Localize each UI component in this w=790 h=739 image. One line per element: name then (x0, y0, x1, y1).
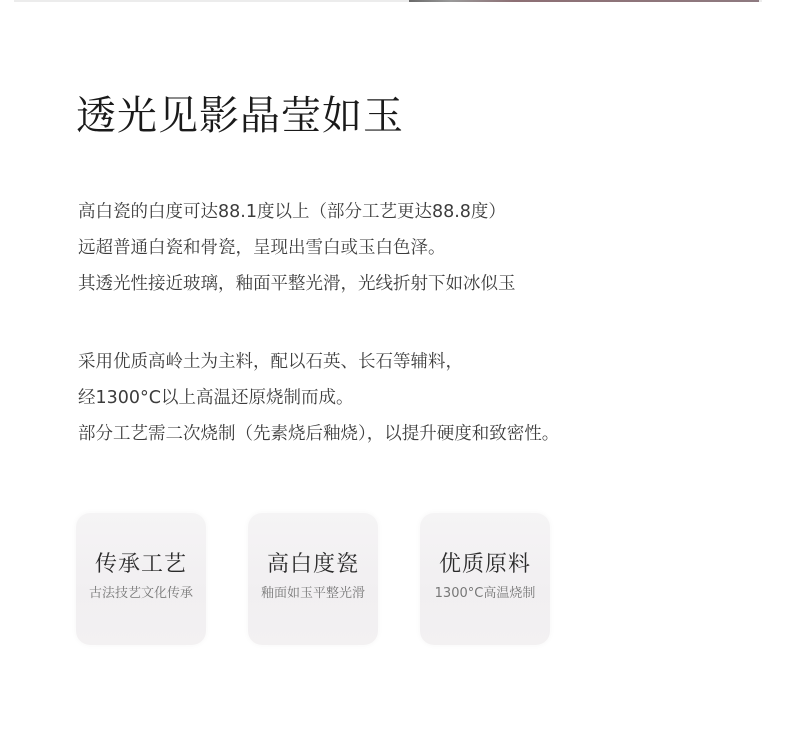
feature-card-whiteness: 高白度瓷 釉面如玉平整光滑 (248, 513, 378, 645)
page-title: 透光见影晶莹如玉 (76, 90, 404, 142)
feature-card-subtitle: 釉面如玉平整光滑 (261, 584, 365, 604)
paragraph-line: 其透光性接近玻璃，釉面平整光滑，光线折射下如冰似玉 (78, 266, 516, 302)
paragraph-line: 经1300°C以上高温还原烧制而成。 (78, 380, 559, 416)
feature-cards: 传承工艺 古法技艺文化传承 高白度瓷 釉面如玉平整光滑 优质原料 1300°C高… (76, 513, 550, 645)
material-description: 采用优质高岭土为主料，配以石英、长石等辅料， 经1300°C以上高温还原烧制而成… (78, 344, 559, 452)
paragraph-line: 采用优质高岭土为主料，配以石英、长石等辅料， (78, 344, 559, 380)
top-image-edge (409, 0, 759, 2)
feature-card-craft: 传承工艺 古法技艺文化传承 (76, 513, 206, 645)
top-divider-strip (14, 0, 762, 2)
feature-card-title: 传承工艺 (95, 550, 187, 580)
feature-card-subtitle: 古法技艺文化传承 (89, 584, 193, 604)
feature-card-material: 优质原料 1300°C高温烧制 (420, 513, 550, 645)
paragraph-line: 部分工艺需二次烧制（先素烧后釉烧），以提升硬度和致密性。 (78, 416, 559, 452)
whiteness-description: 高白瓷的白度可达88.1度以上（部分工艺更达88.8度） 远超普通白瓷和骨瓷，呈… (78, 194, 516, 302)
feature-card-title: 高白度瓷 (267, 550, 359, 580)
paragraph-line: 高白瓷的白度可达88.1度以上（部分工艺更达88.8度） (78, 194, 516, 230)
paragraph-line: 远超普通白瓷和骨瓷，呈现出雪白或玉白色泽。 (78, 230, 516, 266)
feature-card-title: 优质原料 (439, 550, 531, 580)
feature-card-subtitle: 1300°C高温烧制 (435, 584, 536, 604)
